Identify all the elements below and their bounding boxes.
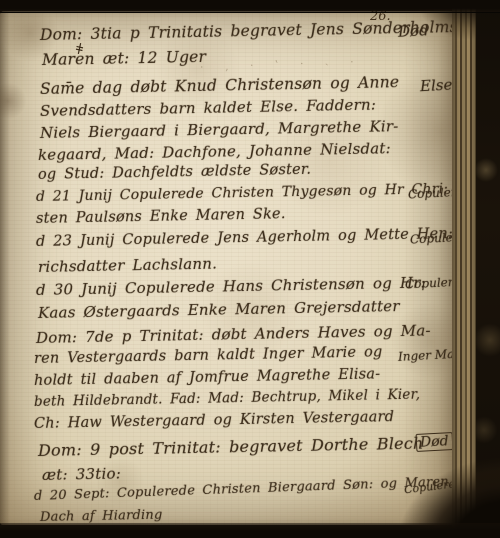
photo-bottom-border [0, 523, 500, 538]
binding-shadow [476, 0, 500, 538]
manuscript-photo: 26. ǂ · ‚ · ‛ · ˴ · Dom: 3tia p Trinitat… [0, 0, 500, 538]
margin-note: Død [416, 432, 454, 452]
manuscript-line: æt: 33tio: [42, 464, 121, 484]
manuscript-line: Maren æt: 12 Uger [42, 48, 206, 69]
manuscript-line: richsdatter Lachslann. [38, 255, 217, 276]
photo-top-border [0, 0, 500, 13]
book-page-edges [452, 0, 478, 538]
margin-note: Død [398, 21, 430, 41]
